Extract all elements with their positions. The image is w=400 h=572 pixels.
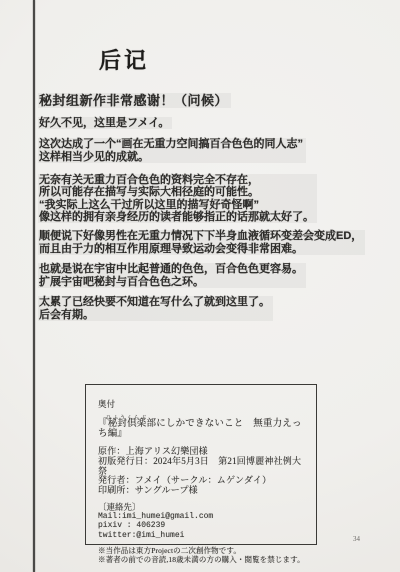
paragraph: 顺便说下好像男性在无重力情况下下半身血液循环变差会变成ED， 而且由于力的相互作… [38,230,365,255]
colophon-box: 奥付 ひふうくらぶ 『秘封倶楽部にしかできないこと 無重力えっち編』 原作：上海… [85,384,317,545]
intro-line: 好久不见，这里是フメイ。 [38,117,172,129]
paragraph-line: 所以可能存在描写与实际大相径庭的可能性。 [39,186,314,198]
page-title: 后记 [99,44,149,75]
paragraph-line: “我实际上这么干过所以这里的描写好奇怪啊” [39,199,314,211]
paragraph-line: 也就是说在宇宙中比起普通的色色，百合色色更容易。 [39,263,303,275]
colophon-note-2: ※著者の前での音読,18歳未満の方の購入・閲覧を禁じます。 [98,556,308,565]
paragraph-line: 扩展宇宙吧秘封与百合色色之环。 [39,276,303,288]
paragraph-line: 这样相当少见的成就。 [39,151,303,163]
paragraph: 这次达成了一个“画在无重力空间搞百合色色的同人志” 这样相当少见的成就。 [38,138,306,163]
paragraph-line: 顺便说下好像男性在无重力情况下下半身血液循环变差会变成ED， [39,230,362,242]
paragraph: 也就是说在宇宙中比起普通的色色，百合色色更容易。 扩展宇宙吧秘封与百合色色之环。 [38,263,306,288]
contact-mail: Mail:imi_humei@gmail.com [98,512,308,521]
colophon-first-print: 初版発行日：2024年5月3日 第21回博麗神社例大祭 [98,457,308,477]
contact-pixiv: pixiv : 406239 [98,521,308,530]
page-number: 34 [353,535,360,543]
paragraph-line: 这次达成了一个“画在无重力空间搞百合色色的同人志” [39,138,303,150]
afterword-body: 秘封组新作非常感谢！（问候） 好久不见，这里是フメイ。 这次达成了一个“画在无重… [38,93,374,321]
colophon-notes: ※当作品は東方Projectの二次創作物です。 ※著者の前での音読,18歳未満の… [98,547,308,565]
paragraph: 太累了已经快要不知道在写什么了就到这里了。 后会有期。 [38,296,273,321]
paragraph-line: 无奈有关无重力百合色色的资料完全不存在， [39,174,314,186]
contact-twitter: twitter:@imi_humei [98,531,308,540]
page-spine-line [33,0,35,572]
greeting-line: 秘封组新作非常感谢！（问候） [38,93,231,108]
colophon-label: 奥付 [98,398,308,410]
paragraph: 无奈有关无重力百合色色的资料完全不存在， 所以可能存在描写与实际大相径庭的可能性… [38,174,317,224]
contact-label: 〔連絡先〕 [98,503,308,512]
colophon-printer: 印刷所：サングループ様 [98,486,308,496]
paragraph-line: 像这样的拥有亲身经历的读者能够指正的话那就太好了。 [39,211,314,223]
paragraph-line: 后会有期。 [39,309,270,321]
book-title-furigana: ひふうくらぶ [106,414,148,421]
paragraph-line: 而且由于力的相互作用原理导致运动会变得非常困难。 [39,243,362,255]
book-title: 『秘封倶楽部にしかできないこと 無重力えっち編』 [98,419,308,439]
book-title-block: ひふうくらぶ 『秘封倶楽部にしかできないこと 無重力えっち編』 [98,419,308,439]
scanned-afterword-page: 后记 秘封组新作非常感谢！（问候） 好久不见，这里是フメイ。 这次达成了一个“画… [0,0,400,572]
paragraph-line: 太累了已经快要不知道在写什么了就到这里了。 [39,296,270,308]
